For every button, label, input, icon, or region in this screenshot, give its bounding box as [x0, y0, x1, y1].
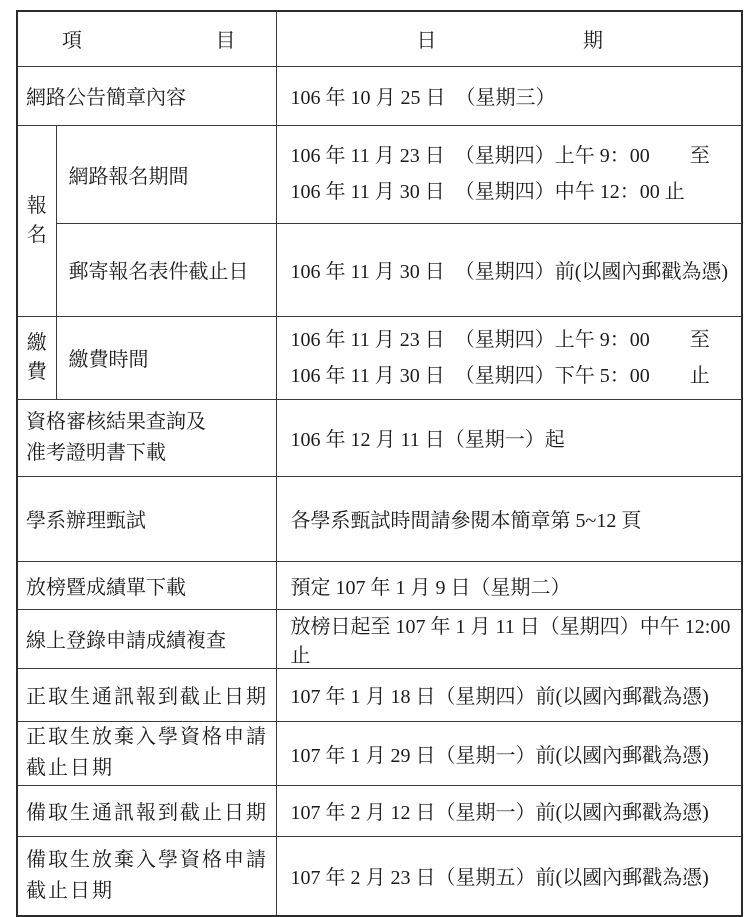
- table-row: 正取生通訊報到截止日期 107 年 1 月 18 日（星期四）前(以國內郵戳為憑…: [17, 668, 742, 721]
- row-label: 正取生通訊報到截止日期: [17, 668, 276, 721]
- row-label: 備取生放棄入學資格申請 截止日期: [17, 836, 276, 916]
- row-date: 106 年 11 月 23 日 （星期四）上午 9：00 至 106 年 11 …: [276, 316, 742, 399]
- table-row: 網路公告簡章內容 106 年 10 月 25 日 （星期三）: [17, 66, 742, 125]
- column-header-date: 日 期: [276, 11, 742, 66]
- group-label-payment: 繳費: [17, 316, 56, 399]
- row-date: 預定 107 年 1 月 9 日（星期二）: [276, 561, 742, 609]
- row-date: 107 年 1 月 18 日（星期四）前(以國內郵戳為憑): [276, 668, 742, 721]
- table-row: 線上登錄申請成績複查 放榜日起至 107 年 1 月 11 日（星期四）中午 1…: [17, 609, 742, 668]
- table-row: 報名 網路報名期間 106 年 11 月 23 日 （星期四）上午 9：00 至…: [17, 125, 742, 223]
- table-row: 繳費 繳費時間 106 年 11 月 23 日 （星期四）上午 9：00 至 1…: [17, 316, 742, 399]
- row-label: 線上登錄申請成績複查: [17, 609, 276, 668]
- row-label: 備取生通訊報到截止日期: [17, 785, 276, 836]
- header-row: 項 目 日 期: [17, 11, 742, 66]
- row-label: 郵寄報名表件截止日: [56, 223, 276, 316]
- row-date: 106 年 12 月 11 日（星期一）起: [276, 399, 742, 476]
- row-date: 各學系甄試時間請參閱本簡章第 5~12 頁: [276, 476, 742, 561]
- table-row: 學系辦理甄試 各學系甄試時間請參閱本簡章第 5~12 頁: [17, 476, 742, 561]
- table-row: 資格審核結果查詢及 准考證明書下載 106 年 12 月 11 日（星期一）起: [17, 399, 742, 476]
- table-row: 備取生通訊報到截止日期 107 年 2 月 12 日（星期一）前(以國內郵戳為憑…: [17, 785, 742, 836]
- row-date: 107 年 2 月 23 日（星期五）前(以國內郵戳為憑): [276, 836, 742, 916]
- row-date: 106 年 11 月 23 日 （星期四）上午 9：00 至 106 年 11 …: [276, 125, 742, 223]
- row-label: 繳費時間: [56, 316, 276, 399]
- row-date: 106 年 11 月 30 日 （星期四）前(以國內郵戳為憑): [276, 223, 742, 316]
- group-label-registration: 報名: [17, 125, 56, 316]
- row-label: 網路報名期間: [56, 125, 276, 223]
- table-row: 放榜暨成績單下載 預定 107 年 1 月 9 日（星期二）: [17, 561, 742, 609]
- row-label: 正取生放棄入學資格申請 截止日期: [17, 721, 276, 785]
- row-date: 放榜日起至 107 年 1 月 11 日（星期四）中午 12:00 止: [276, 609, 742, 668]
- row-date: 106 年 10 月 25 日 （星期三）: [276, 66, 742, 125]
- table-row: 備取生放棄入學資格申請 截止日期 107 年 2 月 23 日（星期五）前(以國…: [17, 836, 742, 916]
- row-label: 資格審核結果查詢及 准考證明書下載: [17, 399, 276, 476]
- row-label: 網路公告簡章內容: [17, 66, 276, 125]
- row-date: 107 年 2 月 12 日（星期一）前(以國內郵戳為憑): [276, 785, 742, 836]
- row-date: 107 年 1 月 29 日（星期一）前(以國內郵戳為憑): [276, 721, 742, 785]
- table-row: 郵寄報名表件截止日 106 年 11 月 30 日 （星期四）前(以國內郵戳為憑…: [17, 223, 742, 316]
- row-label: 放榜暨成績單下載: [17, 561, 276, 609]
- table-row: 正取生放棄入學資格申請 截止日期 107 年 1 月 29 日（星期一）前(以國…: [17, 721, 742, 785]
- schedule-table: 項 目 日 期 網路公告簡章內容 106 年 10 月 25 日 （星期三） 報…: [16, 10, 743, 917]
- row-label: 學系辦理甄試: [17, 476, 276, 561]
- column-header-item: 項 目: [17, 11, 276, 66]
